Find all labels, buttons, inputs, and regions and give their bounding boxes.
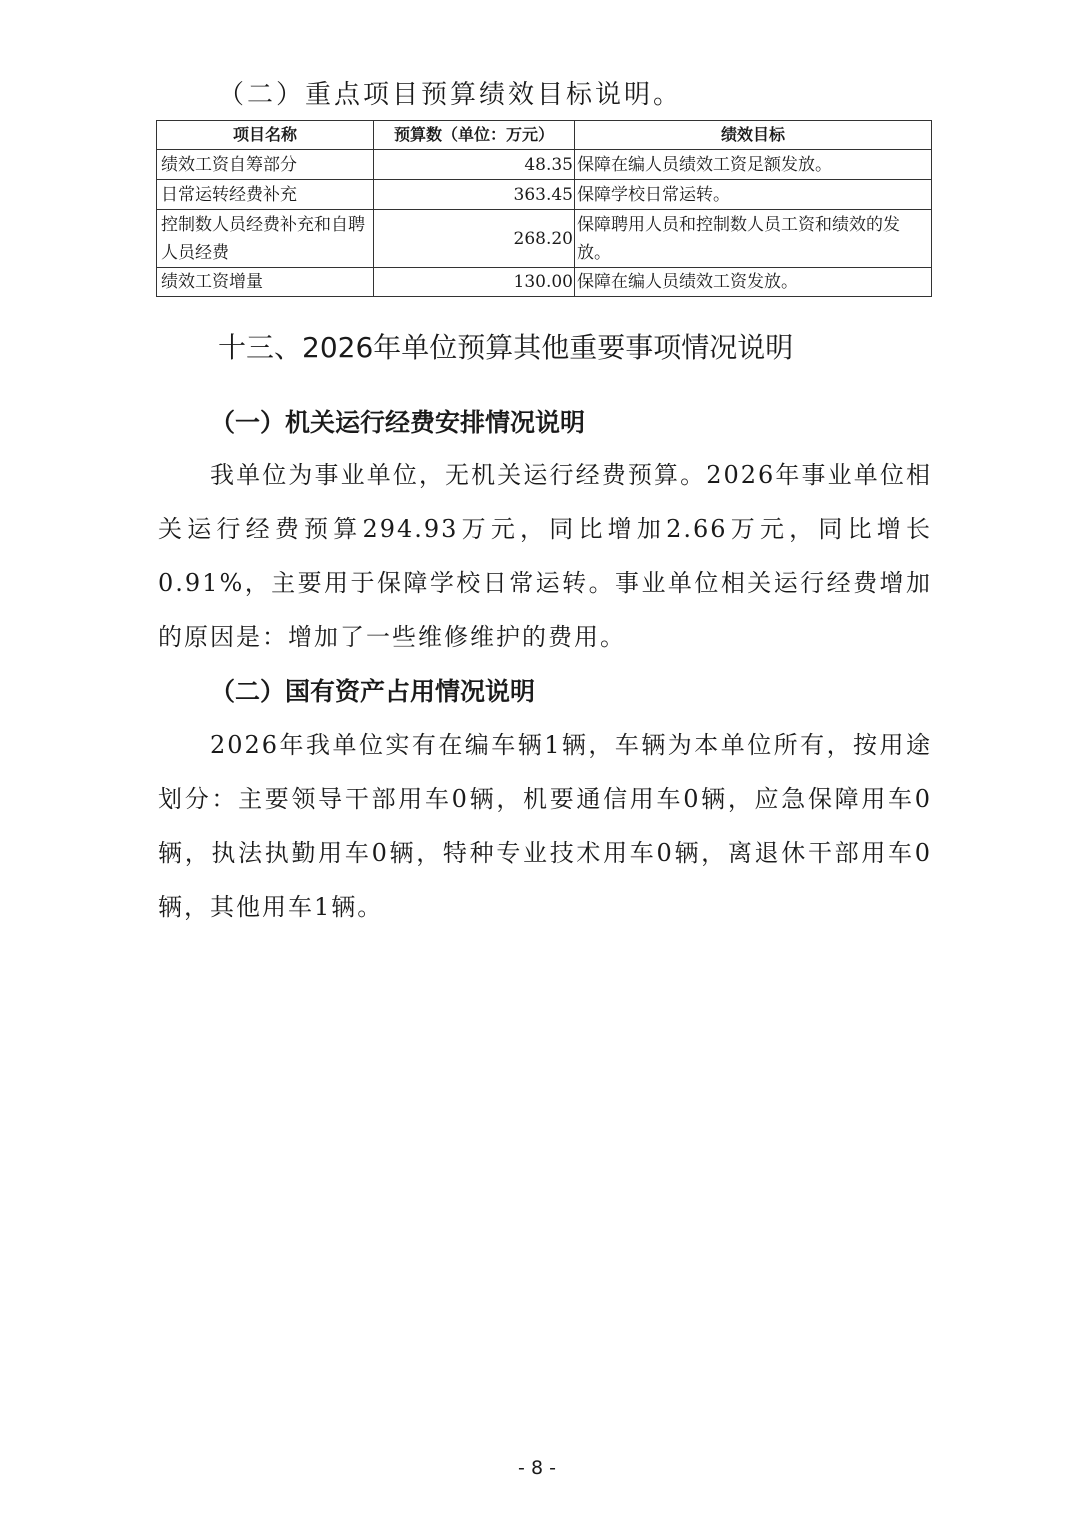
header-performance-goal: 绩效目标 bbox=[575, 121, 932, 150]
table-header-row: 项目名称 预算数（单位：万元） 绩效目标 bbox=[157, 121, 932, 150]
subsection-1-body: 我单位为事业单位，无机关运行经费预算。2026年事业单位相关运行经费预算294.… bbox=[158, 448, 932, 664]
performance-goal: 保障在编人员绩效工资足额发放。 bbox=[575, 150, 932, 180]
paragraph: 2026年我单位实有在编车辆1辆，车辆为本单位所有，按用途划分：主要领导干部用车… bbox=[158, 718, 932, 934]
subsection-1-heading: （一）机关运行经费安排情况说明 bbox=[210, 403, 585, 439]
budget-amount: 268.20 bbox=[374, 210, 575, 268]
page-number: - 8 - bbox=[0, 1457, 1074, 1479]
performance-goal: 保障学校日常运转。 bbox=[575, 180, 932, 210]
header-project-name: 项目名称 bbox=[157, 121, 374, 150]
budget-amount: 130.00 bbox=[374, 268, 575, 297]
table-row: 控制数人员经费补充和自聘人员经费 268.20 保障聘用人员和控制数人员工资和绩… bbox=[157, 210, 932, 268]
subsection-2-body: 2026年我单位实有在编车辆1辆，车辆为本单位所有，按用途划分：主要领导干部用车… bbox=[158, 718, 932, 934]
project-name: 绩效工资自筹部分 bbox=[157, 150, 374, 180]
section-subtitle: （二）重点项目预算绩效目标说明。 bbox=[218, 74, 682, 111]
performance-goals-table: 项目名称 预算数（单位：万元） 绩效目标 绩效工资自筹部分 48.35 保障在编… bbox=[156, 120, 932, 297]
paragraph: 我单位为事业单位，无机关运行经费预算。2026年事业单位相关运行经费预算294.… bbox=[158, 448, 932, 664]
project-name: 控制数人员经费补充和自聘人员经费 bbox=[157, 210, 374, 268]
header-budget-amount: 预算数（单位：万元） bbox=[374, 121, 575, 150]
budget-amount: 363.45 bbox=[374, 180, 575, 210]
section-13-heading: 十三、2026年单位预算其他重要事项情况说明 bbox=[218, 326, 793, 366]
project-name: 绩效工资增量 bbox=[157, 268, 374, 297]
performance-goal: 保障在编人员绩效工资发放。 bbox=[575, 268, 932, 297]
budget-amount: 48.35 bbox=[374, 150, 575, 180]
project-name: 日常运转经费补充 bbox=[157, 180, 374, 210]
table-row: 绩效工资自筹部分 48.35 保障在编人员绩效工资足额发放。 bbox=[157, 150, 932, 180]
performance-goal: 保障聘用人员和控制数人员工资和绩效的发放。 bbox=[575, 210, 932, 268]
subsection-2-heading: （二）国有资产占用情况说明 bbox=[210, 672, 535, 708]
table-row: 绩效工资增量 130.00 保障在编人员绩效工资发放。 bbox=[157, 268, 932, 297]
table-row: 日常运转经费补充 363.45 保障学校日常运转。 bbox=[157, 180, 932, 210]
